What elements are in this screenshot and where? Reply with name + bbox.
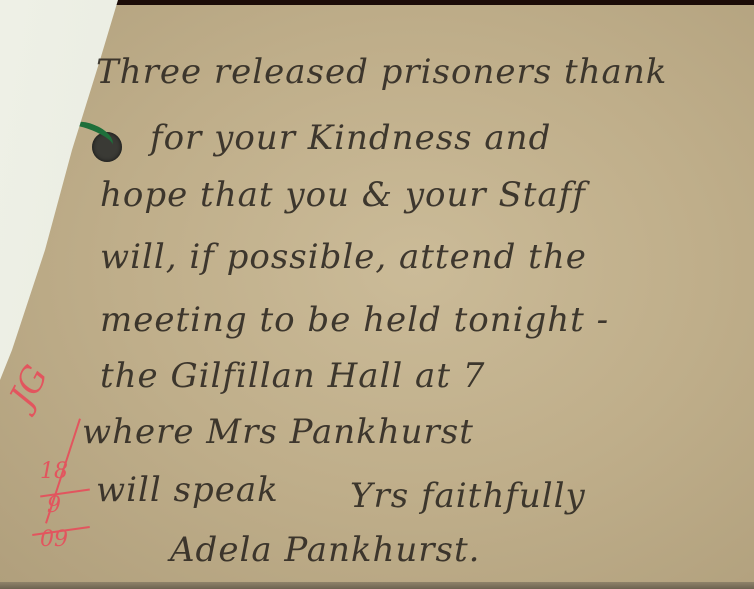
valediction: Yrs faithfully: [350, 476, 586, 516]
date-year: 09: [40, 523, 68, 557]
note-line: where Mrs Pankhurst: [82, 412, 474, 452]
note-line: will, if possible, attend the: [100, 237, 587, 277]
handwritten-text: Three released prisoners thank for your …: [0, 0, 754, 589]
note-line: Three released prisoners thank: [96, 52, 667, 92]
note-line: will speak: [96, 470, 279, 510]
signature: Adela Pankhurst.: [170, 530, 480, 570]
note-line: meeting to be held tonight -: [100, 300, 609, 340]
note-photograph: Three released prisoners thank for your …: [0, 0, 754, 589]
note-line: hope that you & your Staff: [100, 175, 586, 215]
date-day: 18: [40, 455, 68, 489]
note-line: the Gilfillan Hall at 7: [100, 356, 485, 396]
note-line: for your Kindness and: [150, 118, 551, 158]
